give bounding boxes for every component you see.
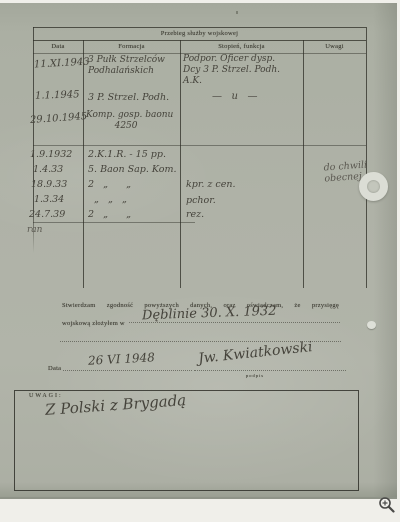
date-fill-line — [63, 370, 192, 371]
entry-date: 1.1.1945 — [35, 89, 80, 103]
date-label: Data — [48, 365, 61, 372]
entry-date: 29.10.1945 — [30, 111, 88, 127]
entry-date: 18.9.33 — [31, 179, 67, 190]
date-handwriting: 26 VI 1948 — [88, 350, 156, 368]
hole-reinforcement-ring — [359, 172, 388, 201]
paper-hole-dot — [367, 321, 376, 329]
entry-rank: kpr. z cen. — [186, 179, 235, 190]
magnifier-plus-icon[interactable] — [378, 496, 396, 514]
entry-rank: rez. — [186, 209, 204, 220]
scanned-document-page: Przebieg służby wojskowej Data Formacja … — [0, 3, 397, 497]
entry-formation: 5. Baon Sap. Kom. — [88, 164, 176, 175]
entry-formation: 2.K.1.R. - 15 pp. — [88, 149, 166, 160]
entry-formation: 2 „ „ — [88, 209, 131, 220]
entry-formation: 3 Pułk Strzelców Podhalańskich — [88, 55, 165, 77]
scan-speck — [236, 11, 238, 14]
entry-date: 11.XI.1943 — [34, 57, 90, 72]
entry-rank: Podpor. Oficer dysp. Dcy 3 P. Strzel. Po… — [183, 54, 280, 86]
entry-date: ran — [27, 225, 42, 236]
remarks-handwriting: Z Polski z Brygadą — [45, 391, 187, 419]
signature-caption: podpis — [246, 373, 264, 378]
entry-date: 24.7.39 — [29, 209, 65, 220]
table-top-border — [33, 27, 366, 28]
entry-rank: — u — — [212, 91, 258, 103]
entry-rank: pchor. — [186, 195, 216, 206]
remarks-box: UWAGI: Z Polski z Brygadą — [14, 390, 359, 491]
entry-formation: 2 „ „ — [88, 179, 131, 190]
table-col-divider-3 — [303, 40, 304, 288]
table-col-divider-1 — [83, 40, 84, 288]
column-header-stopien: Stopień, funkcja — [180, 43, 303, 50]
statement-line-2: wojskową złożyłem w — [62, 320, 125, 327]
table-right-border — [366, 27, 367, 288]
signature-fill-line — [194, 370, 346, 371]
column-header-uwagi: Uwagi — [303, 43, 366, 50]
entry-date: 1.9.1932 — [30, 149, 72, 160]
table-section-divider — [33, 145, 366, 146]
table-partial-divider — [33, 222, 195, 223]
oath-place-handwriting: Dęblinie 30. X. 1932 — [142, 304, 277, 324]
entry-formation: Komp. gosp. baonu 4250 — [86, 110, 173, 132]
remarks-label: UWAGI: — [29, 393, 63, 399]
entry-formation: 3 P. Strzel. Podh. — [88, 92, 169, 103]
column-header-formacja: Formacja — [83, 43, 180, 50]
entry-formation: „ „ „ — [94, 194, 127, 205]
entry-date: 1.3.34 — [34, 194, 64, 205]
signature-handwriting: Jw. Kwiatkowski — [197, 339, 313, 368]
entry-date: 1.4.33 — [33, 164, 63, 175]
table-title: Przebieg służby wojskowej — [33, 30, 366, 37]
table-col-divider-2 — [180, 40, 181, 288]
paper-edge-shadow — [0, 497, 397, 499]
column-header-data: Data — [33, 43, 83, 50]
